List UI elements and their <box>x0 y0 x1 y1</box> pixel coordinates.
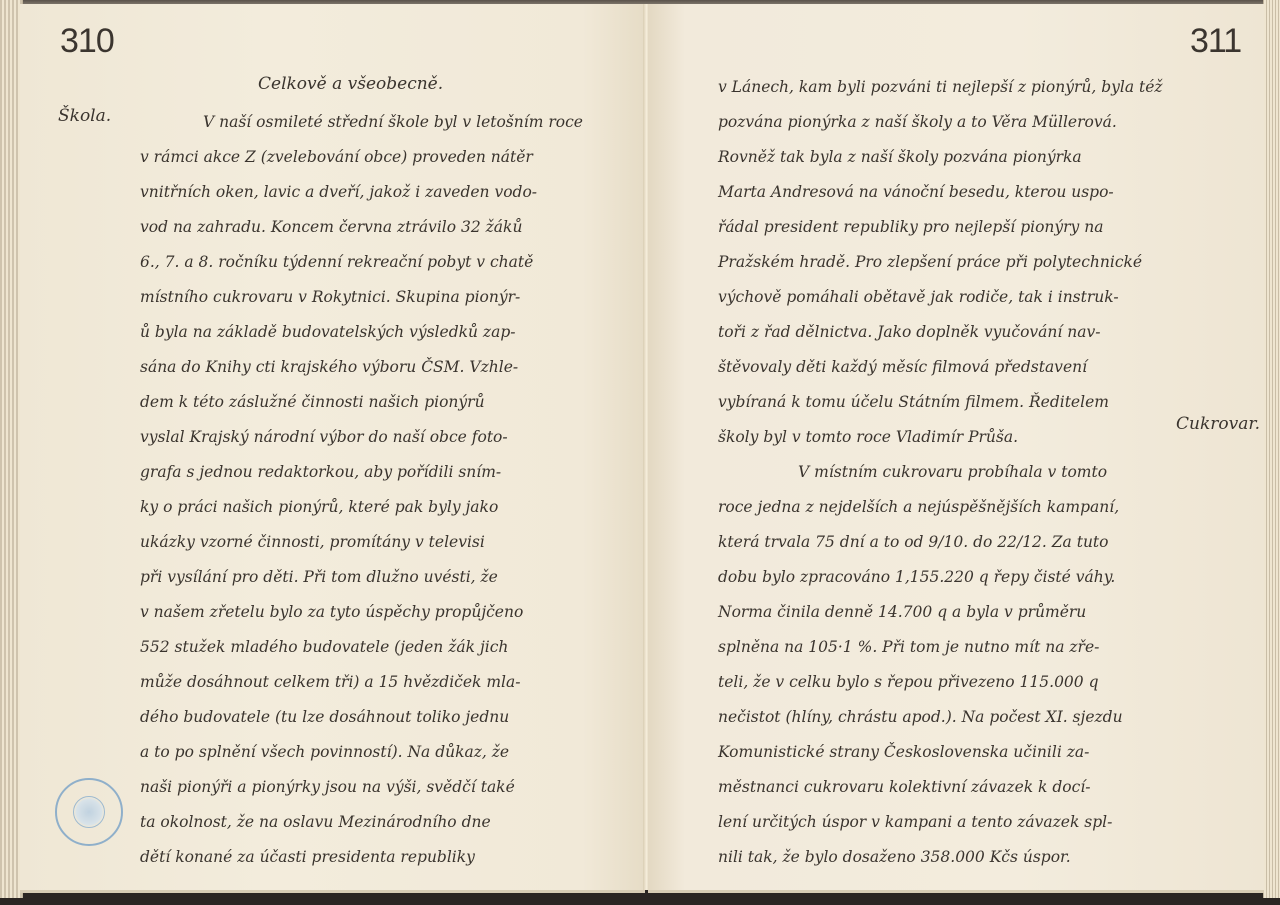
text-line: může dosáhnout celkem tři) a 15 hvězdiče… <box>140 669 520 695</box>
text-line: v našem zřetelu bylo za tyto úspěchy pro… <box>140 599 523 625</box>
page-number-left: 310 <box>60 22 114 61</box>
text-line: řádal president republiky pro nejlepší p… <box>718 214 1103 240</box>
text-line: ky o práci našich pionýrů, které pak byl… <box>140 494 498 520</box>
text-line: při vysílání pro děti. Při tom dlužno uv… <box>140 564 498 590</box>
text-line: Pražském hradě. Pro zlepšení práce při p… <box>718 249 1142 275</box>
text-line: vybíraná k tomu účelu Státním filmem. Ře… <box>718 389 1109 415</box>
text-line: 552 stužek mladého budovatele (jeden žák… <box>140 634 508 660</box>
text-line: ta okolnost, že na oslavu Mezinárodního … <box>140 809 491 835</box>
text-line: teli, že v celku bylo s řepou přivezeno … <box>718 669 1099 695</box>
text-line: dobu bylo zpracováno 1,155.220 q řepy či… <box>718 564 1115 590</box>
text-line: Komunistické strany Československa učini… <box>718 739 1089 765</box>
text-line: ů byla na základě budovatelských výsledk… <box>140 319 515 345</box>
text-line: v rámci akce Z (zvelebování obce) proved… <box>140 144 533 170</box>
text-line: pozvána pionýrka z naší školy a to Věra … <box>718 109 1117 135</box>
text-line: v Lánech, kam byli pozváni ti nejlepší z… <box>718 74 1163 100</box>
text-line: toři z řad dělnictva. Jako doplněk vyučo… <box>718 319 1101 345</box>
text-line: školy byl v tomto roce Vladimír Průša. <box>718 424 1018 450</box>
text-line: V naší osmileté střední škole byl v leto… <box>203 109 583 135</box>
text-line: nili tak, že bylo dosaženo 358.000 Kčs ú… <box>718 844 1071 870</box>
text-line: Norma činila denně 14.700 q a byla v prů… <box>718 599 1086 625</box>
text-line: místního cukrovaru v Rokytnici. Skupina … <box>140 284 520 310</box>
text-line: sána do Knihy cti krajského výboru ČSM. … <box>140 354 518 380</box>
text-line: nečistot (hlíny, chrástu apod.). Na poče… <box>718 704 1123 730</box>
text-line: roce jedna z nejdelších a nejúspěšnějšíc… <box>718 494 1119 520</box>
open-chronicle-book: 310 Celkově a všeobecně. Škola. V naší o… <box>0 0 1280 898</box>
text-line: vyslal Krajský národní výbor do naší obc… <box>140 424 508 450</box>
text-line: Marta Andresová na vánoční besedu, ktero… <box>718 179 1114 205</box>
text-line: vod na zahradu. Koncem června ztrávilo 3… <box>140 214 522 240</box>
text-line: výchově pomáhali obětavě jak rodiče, tak… <box>718 284 1119 310</box>
left-page: 310 Celkově a všeobecně. Škola. V naší o… <box>20 4 645 893</box>
text-line: dem k této záslužné činnosti našich pion… <box>140 389 485 415</box>
text-line: splněna na 105·1 %. Při tom je nutno mít… <box>718 634 1099 660</box>
right-page: 311 Cukrovar. v Lánech, kam byli pozváni… <box>648 4 1264 893</box>
page-number-right: 311 <box>1190 22 1241 61</box>
right-page-stack-edge <box>1263 0 1280 898</box>
text-line: grafa s jednou redaktorkou, aby pořídili… <box>140 459 501 485</box>
stamp-emblem-icon <box>73 796 105 828</box>
margin-note-school: Škola. <box>58 106 111 126</box>
text-line: a to po splnění všech povinností). Na dů… <box>140 739 509 765</box>
text-line: štěvovaly děti každý měsíc filmová předs… <box>718 354 1087 380</box>
text-line: 6., 7. a 8. ročníku týdenní rekreační po… <box>140 249 533 275</box>
text-line: Rovněž tak byla z naší školy pozvána pio… <box>718 144 1082 170</box>
text-line: která trvala 75 dní a to od 9/10. do 22/… <box>718 529 1108 555</box>
text-line: městnanci cukrovaru kolektivní závazek k… <box>718 774 1091 800</box>
text-line: dého budovatele (tu lze dosáhnout toliko… <box>140 704 509 730</box>
section-heading: Celkově a všeobecně. <box>258 74 443 94</box>
text-line: naši pionýři a pionýrky jsou na výši, sv… <box>140 774 515 800</box>
text-line: V místním cukrovaru probíhala v tomto <box>798 459 1107 485</box>
text-line: lení určitých úspor v kampani a tento zá… <box>718 809 1112 835</box>
official-stamp <box>55 778 123 846</box>
text-line: vnitřních oken, lavic a dveří, jakož i z… <box>140 179 537 205</box>
margin-note-sugar-factory: Cukrovar. <box>1176 414 1260 434</box>
text-line: dětí konané za účasti presidenta republi… <box>140 844 475 870</box>
text-line: ukázky vzorné činnosti, promítány v tele… <box>140 529 485 555</box>
